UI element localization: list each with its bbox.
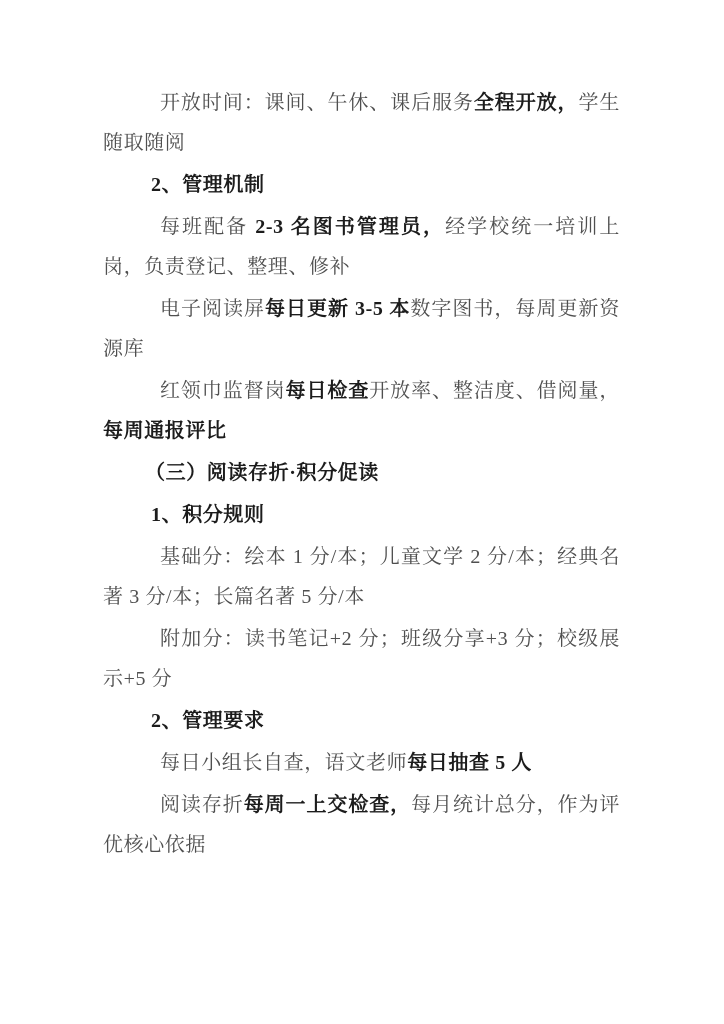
text-run: 开放时间：课间、午休、课后服务 — [160, 92, 474, 114]
text-run: 每日抽查 5 人 — [407, 752, 532, 774]
para-ereader-update: 电子阅读屏每日更新 3-5 本数字图书，每周更新资源库 — [103, 289, 620, 369]
para-class-librarians: 每班配备 2-3 名图书管理员，经学校统一培训上岗，负责登记、整理、修补 — [103, 207, 620, 287]
text-run: 每周通报评比 — [103, 420, 227, 442]
text-run: 每日更新 3-5 本 — [265, 298, 410, 320]
text-run: 电子阅读屏 — [160, 298, 265, 320]
text-run: 阅读存折 — [160, 794, 244, 816]
document-content: 开放时间：课间、午休、课后服务全程开放，学生随取随阅2、管理机制每班配备 2-3… — [103, 83, 620, 867]
heading-management-requirements: 2、管理要求 — [103, 701, 620, 741]
text-run: 每班配备 — [160, 216, 255, 238]
heading-reading-passbook: （三）阅读存折·积分促读 — [103, 453, 620, 493]
text-run: （三）阅读存折·积分促读 — [145, 462, 379, 484]
para-supervision-post: 红领巾监督岗每日检查开放率、整洁度、借阅量，每周通报评比 — [103, 371, 620, 451]
para-bonus-points: 附加分：读书笔记+2 分；班级分享+3 分；校级展示+5 分 — [103, 619, 620, 699]
document-page: 开放时间：课间、午休、课后服务全程开放，学生随取随阅2、管理机制每班配备 2-3… — [0, 0, 724, 1024]
text-run: 开放率、整洁度、借阅量， — [369, 380, 620, 402]
heading-points-rules: 1、积分规则 — [103, 495, 620, 535]
text-run: 红领巾监督岗 — [160, 380, 286, 402]
para-base-points: 基础分：绘本 1 分/本；儿童文学 2 分/本；经典名著 3 分/本；长篇名著 … — [103, 537, 620, 617]
text-run: 2、管理机制 — [151, 174, 265, 196]
text-run: 1、积分规则 — [151, 504, 265, 526]
text-run: 基础分：绘本 1 分/本；儿童文学 2 分/本；经典名著 3 分/本；长篇名著 … — [103, 546, 620, 608]
text-run: 每日小组长自查，语文老师 — [160, 752, 407, 774]
heading-management-mechanism: 2、管理机制 — [103, 165, 620, 205]
text-run: 每周一上交检查， — [244, 794, 411, 816]
para-weekly-submission: 阅读存折每周一上交检查，每月统计总分，作为评优核心依据 — [103, 785, 620, 865]
text-run: 附加分：读书笔记+2 分；班级分享+3 分；校级展示+5 分 — [103, 628, 620, 690]
text-run: 2-3 名图书管理员， — [255, 216, 445, 238]
para-daily-self-check: 每日小组长自查，语文老师每日抽查 5 人 — [103, 743, 620, 783]
text-run: 全程开放， — [474, 92, 579, 114]
para-open-hours: 开放时间：课间、午休、课后服务全程开放，学生随取随阅 — [103, 83, 620, 163]
text-run: 2、管理要求 — [151, 710, 265, 732]
text-run: 每日检查 — [286, 380, 370, 402]
